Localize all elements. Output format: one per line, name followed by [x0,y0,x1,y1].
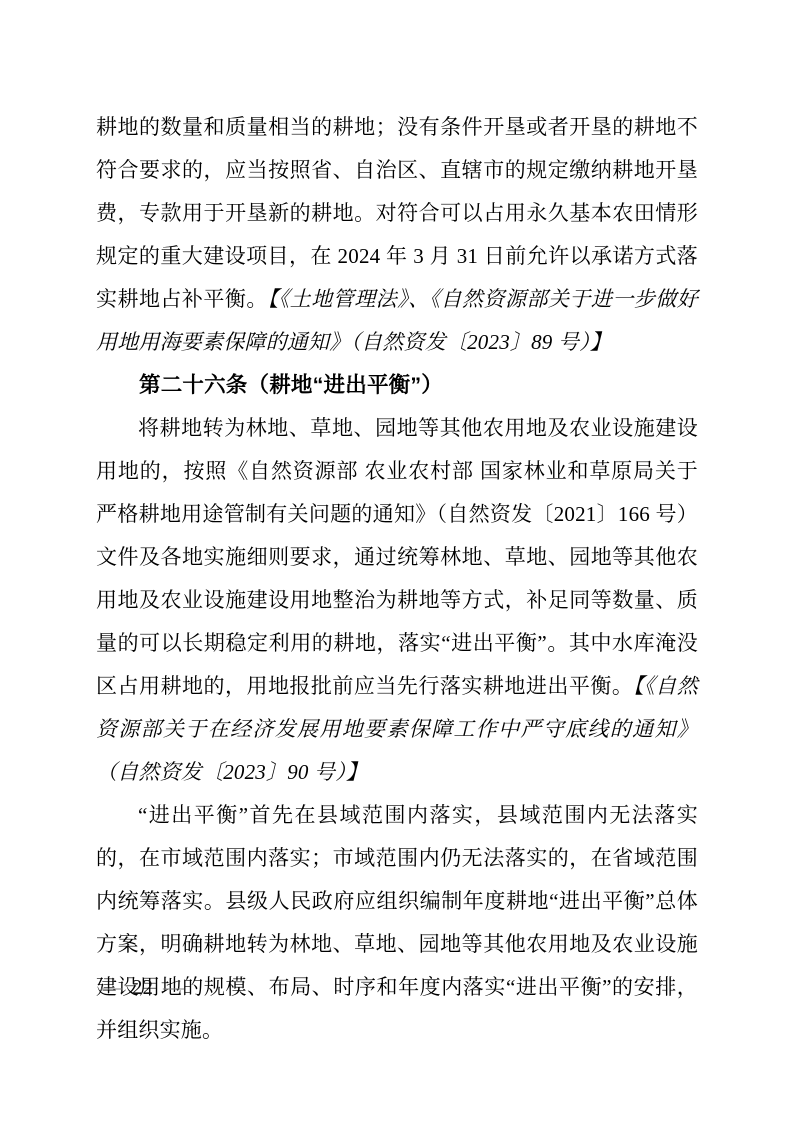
footer-dash-left: — [101,975,122,999]
paragraph-continuation: 耕地的数量和质量相当的耕地；没有条件开垦或者开垦的耕地不符合要求的，应当按照省、… [96,106,698,364]
paragraph: 将耕地转为林地、草地、园地等其他农用地及农业设施建设用地的，按照《自然资源部 农… [96,407,698,794]
paragraph-text: 将耕地转为林地、草地、园地等其他农用地及农业设施建设用地的，按照《自然资源部 农… [96,416,698,698]
footer-dash-right: — [163,975,184,999]
page-number: 22 [132,975,153,999]
paragraph-text: 耕地的数量和质量相当的耕地；没有条件开垦或者开垦的耕地不符合要求的，应当按照省、… [96,115,698,311]
article-heading: 第二十六条（耕地“进出平衡”） [96,364,698,407]
paragraph: “进出平衡”首先在县域范围内落实，县域范围内无法落实的，在市域范围内落实；市域范… [96,794,698,1052]
document-body: 耕地的数量和质量相当的耕地；没有条件开垦或者开垦的耕地不符合要求的，应当按照省、… [96,106,698,1052]
page-footer: —22— [101,974,184,1000]
document-page: 耕地的数量和质量相当的耕地；没有条件开垦或者开垦的耕地不符合要求的，应当按照省、… [0,0,793,1122]
paragraph-text: “进出平衡”首先在县域范围内落实，县域范围内无法落实的，在市域范围内落实；市域范… [96,803,698,1042]
